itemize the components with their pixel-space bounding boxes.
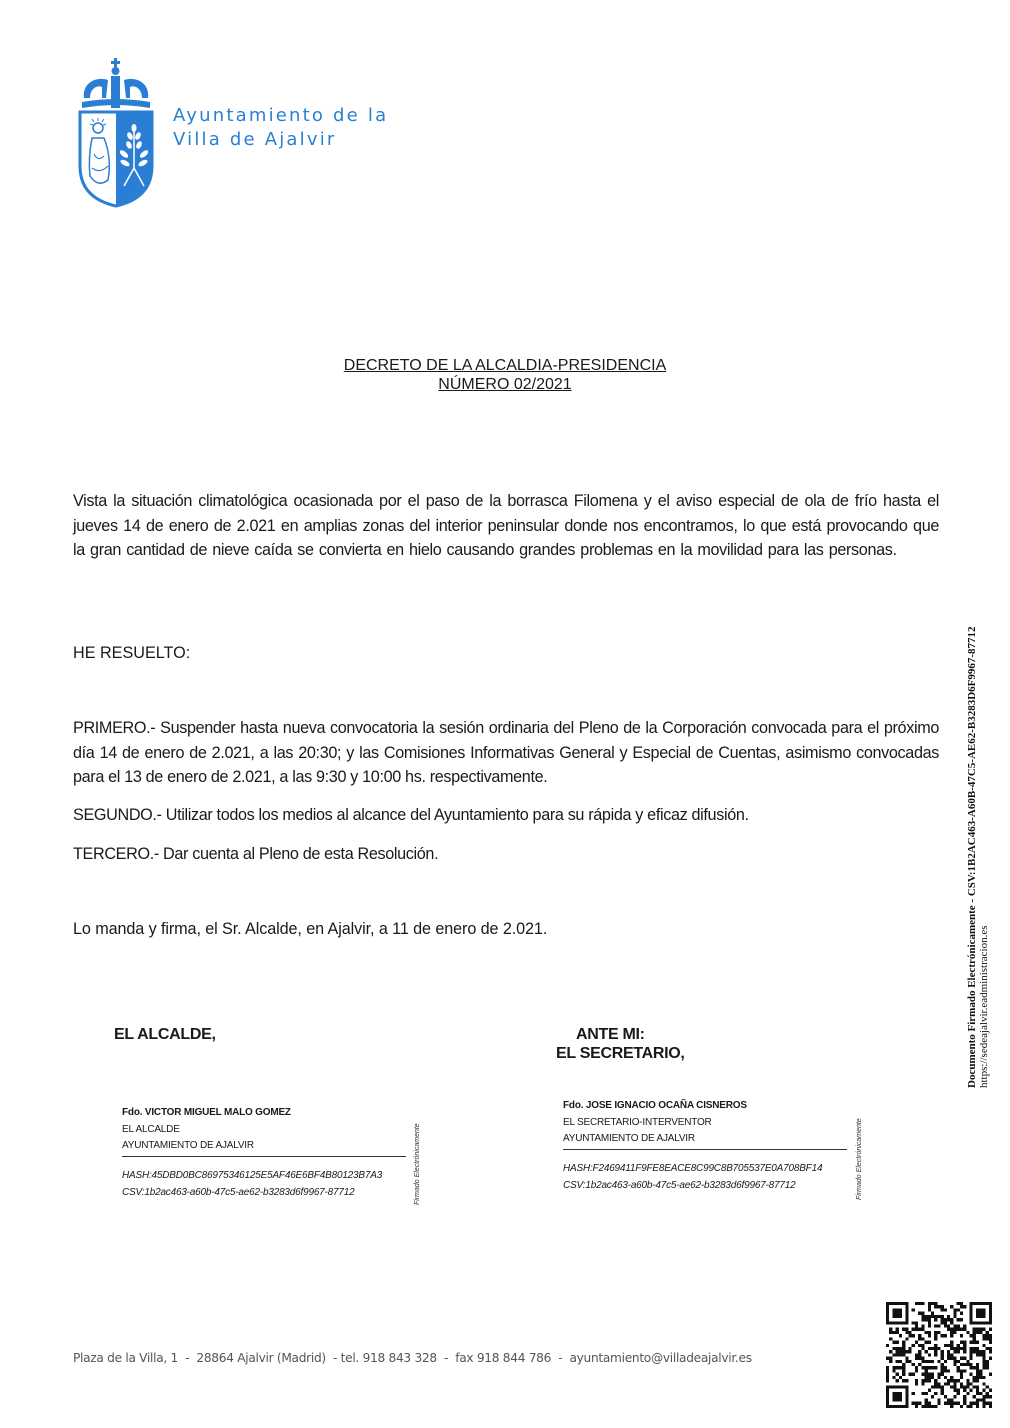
signer-name: Fdo. JOSE IGNACIO OCAÑA CISNEROS — [563, 1098, 847, 1115]
signer-name: Fdo. VICTOR MIGUEL MALO GOMEZ — [122, 1105, 406, 1122]
verification-url[interactable]: https://sedeajalvir.eadministracion.es — [978, 626, 990, 1088]
secretario-signature-block: Fdo. JOSE IGNACIO OCAÑA CISNEROS EL SECR… — [563, 1098, 847, 1194]
signature-divider — [563, 1149, 847, 1150]
organization-name-line-2: Villa de Ajalvir — [173, 128, 388, 152]
coat-of-arms-icon — [78, 58, 154, 208]
intro-paragraph: Vista la situación climatológica ocasion… — [73, 489, 939, 563]
signature-csv: CSV:1b2ac463-a60b-47c5-ae62-b3283d6f9967… — [122, 1184, 406, 1201]
organization-name-line-1: Ayuntamiento de la — [173, 104, 388, 128]
alcalde-signature-block: Fdo. VICTOR MIGUEL MALO GOMEZ EL ALCALDE… — [122, 1105, 406, 1201]
electronic-signature-stamp: Firmado Electrónicamente — [856, 1118, 863, 1200]
decree-title: DECRETO DE LA ALCALDIA-PRESIDENCIA — [0, 356, 1010, 375]
ante-mi-heading: ANTE MI: — [576, 1025, 645, 1044]
qr-code-icon — [886, 1302, 992, 1408]
signer-role: EL ALCALDE — [122, 1122, 406, 1139]
closing-paragraph: Lo manda y firma, el Sr. Alcalde, en Aja… — [73, 917, 939, 942]
signer-org: AYUNTAMIENTO DE AJALVIR — [122, 1138, 406, 1155]
signer-org: AYUNTAMIENTO DE AJALVIR — [563, 1131, 847, 1148]
signature-divider — [122, 1156, 406, 1157]
organization-name: Ayuntamiento de la Villa de Ajalvir — [173, 104, 388, 152]
resolution-heading: HE RESUELTO: — [73, 641, 939, 666]
verification-stamp: Documento Firmado Electrónicamente - CSV… — [966, 626, 990, 1088]
decree-number: NÚMERO 02/2021 — [0, 375, 1010, 394]
signature-hash: HASH:F2469411F9FE8EACE8C99C8B705537E0A70… — [563, 1160, 847, 1177]
footer-contact: Plaza de la Villa, 1 - 28864 Ajalvir (Ma… — [73, 1351, 752, 1365]
alcalde-heading: EL ALCALDE, — [114, 1025, 216, 1044]
article-segundo: SEGUNDO.- Utilizar todos los medios al a… — [73, 803, 939, 828]
verification-label: Documento Firmado Electrónicamente — [966, 905, 978, 1088]
signature-csv: CSV:1b2ac463-a60b-47c5-ae62-b3283d6f9967… — [563, 1177, 847, 1194]
signer-role: EL SECRETARIO-INTERVENTOR — [563, 1115, 847, 1132]
article-primero: PRIMERO.- Suspender hasta nueva convocat… — [73, 716, 939, 790]
signature-hash: HASH:45DBD0BC86975346125E5AF46E6BF4B8012… — [122, 1167, 406, 1184]
article-tercero: TERCERO.- Dar cuenta al Pleno de esta Re… — [73, 842, 939, 867]
secretario-heading: EL SECRETARIO, — [556, 1044, 685, 1063]
verification-csv: - CSV:1B2AC463-A60B-47C5-AE62-B3283D6F99… — [966, 626, 978, 905]
electronic-signature-stamp: Firmado Electrónicamente — [414, 1123, 421, 1205]
